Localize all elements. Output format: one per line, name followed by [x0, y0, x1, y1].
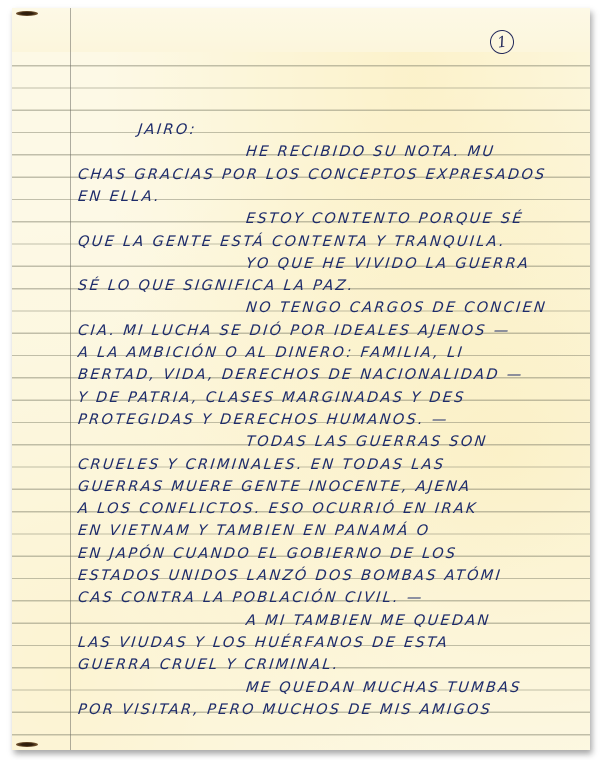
letter-line: YO QUE HE VIVIDO LA GUERRA	[245, 256, 531, 272]
binding-hole-icon	[16, 11, 38, 16]
salutation: JAIRO:	[137, 122, 198, 138]
letter-line: EN JAPÓN CUANDO EL GOBIERNO DE LOS	[77, 546, 458, 562]
letter-line: A MI TAMBIEN ME QUEDAN	[245, 613, 491, 629]
letter-line: POR VISITAR, PERO MUCHOS DE MIS AMIGOS	[77, 702, 493, 718]
letter-line: ME QUEDAN MUCHAS TUMBAS	[245, 680, 523, 696]
letter-line: SÉ LO QUE SIGNIFICA LA PAZ.	[77, 278, 355, 294]
letter-line: GUERRA CRUEL Y CRIMINAL.	[77, 657, 340, 673]
margin-line	[70, 8, 71, 750]
letter-line: ESTOY CONTENTO PORQUE SÉ	[245, 211, 525, 227]
letter-line: TODAS LAS GUERRAS SON	[245, 434, 488, 450]
letter-line: CHAS GRACIAS POR LOS CONCEPTOS EXPRESADO…	[77, 167, 547, 183]
letter-line: LAS VIUDAS Y LOS HUÉRFANOS DE ESTA	[77, 635, 450, 651]
letter-line: QUE LA GENTE ESTÁ CONTENTA Y TRANQUILA.	[77, 234, 507, 250]
letter-page: 1 JAIRO: HE RECIBIDO SU NOTA. MUCHAS GRA…	[12, 8, 590, 750]
letter-line: A LOS CONFLICTOS. ESO OCURRIÓ EN IRAK	[77, 501, 478, 517]
letter-line: CIA. MI LUCHA SE DIÓ POR IDEALES AJENOS …	[77, 323, 511, 339]
letter-line: CRUELES Y CRIMINALES. EN TODAS LAS	[77, 457, 446, 473]
binding-hole-icon	[16, 742, 38, 747]
letter-line: PROTEGIDAS Y DERECHOS HUMANOS. —	[77, 412, 449, 428]
letter-line: NO TENGO CARGOS DE CONCIEN	[245, 300, 548, 316]
letter-line: ESTADOS UNIDOS LANZÓ DOS BOMBAS ATÓMI	[77, 568, 503, 584]
letter-line: Y DE PATRIA, CLASES MARGINADAS Y DES	[77, 390, 466, 406]
letter-line: A LA AMBICIÓN O AL DINERO: FAMILIA, LI	[77, 345, 465, 361]
letter-line: CAS CONTRA LA POBLACIÓN CIVIL. —	[77, 590, 424, 606]
letter-line: GUERRAS MUERE GENTE INOCENTE, AJENA	[77, 479, 472, 495]
letter-line: BERTAD, VIDA, DERECHOS DE NACIONALIDAD —	[77, 367, 524, 383]
letter-line: EN ELLA.	[77, 189, 162, 205]
letter-line: HE RECIBIDO SU NOTA. MU	[245, 144, 496, 160]
letter-line: EN VIETNAM Y TAMBIEN EN PANAMÁ O	[77, 523, 431, 539]
